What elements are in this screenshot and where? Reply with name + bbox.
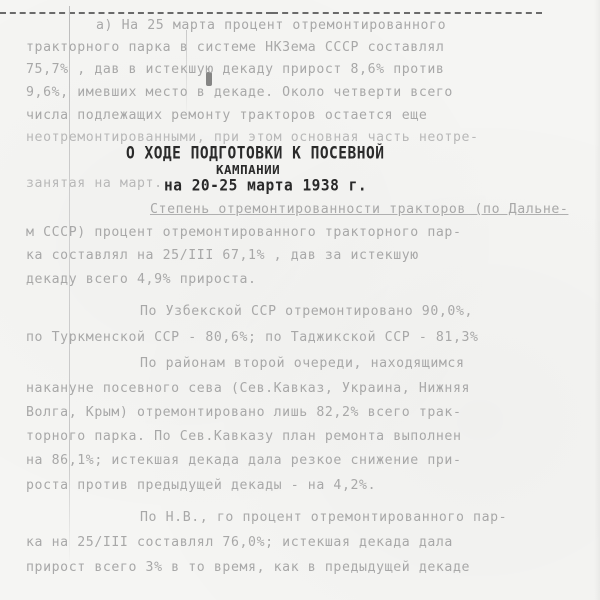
page-edge-shadow	[594, 0, 600, 600]
body-line: тракторного парка в системе НКЗема СССР …	[26, 40, 444, 55]
body-line: на 86,1%; истекшая декада дала резкое сн…	[26, 453, 462, 468]
document-date: на 20-25 марта 1938 г.	[164, 177, 367, 195]
body-line: Волга, Крым) отремонтировано лишь 82,2% …	[26, 405, 462, 420]
body-line: м СССР) процент отремонтированного тракт…	[26, 225, 462, 240]
body-line: 75,7% , дав в истекшую декаду прирост 8,…	[26, 62, 444, 77]
body-line: По Узбекской ССР отремонтировано 90,0%,	[140, 304, 473, 319]
body-line: накануне посевного сева (Сев.Кавказ, Укр…	[26, 381, 470, 396]
body-line: Степень отремонтированности тракторов (п…	[150, 202, 568, 217]
body-line: По районам второй очереди, находящимся	[140, 356, 465, 371]
document-title: О ХОДЕ ПОДГОТОВКИ К ПОСЕВНОЙ	[126, 145, 384, 163]
body-line: занятая на март.	[26, 176, 163, 191]
dashed-rule-right	[272, 12, 542, 14]
document-title-continued: КАМПАНИИ	[216, 162, 280, 177]
body-line: по Туркменской ССР - 80,6%; по Таджикско…	[26, 330, 479, 345]
body-line: ка на 25/III составлял 76,0%; истекшая д…	[26, 535, 453, 550]
body-line: прирост всего 3% в то время, как в преды…	[26, 560, 470, 575]
body-line: а) На 25 марта процент отремонтированног…	[96, 18, 446, 33]
body-line: По Н.В., го процент отремонтированного п…	[140, 510, 507, 525]
body-line: ка составлял на 25/III 67,1% , дав за ис…	[26, 248, 419, 263]
body-line: неотремонтированными, при этом основная …	[26, 130, 479, 145]
body-line: 9,6%, имевших место в декаде. Около четв…	[26, 85, 453, 100]
body-line: торного парка. По Сев.Кавказу план ремон…	[26, 429, 462, 444]
document-page: а) На 25 марта процент отремонтированног…	[0, 0, 600, 600]
body-line: роста против предыдущей декады - на 4,2%…	[26, 478, 376, 493]
body-line: числа подлежащих ремонту тракторов остае…	[26, 108, 427, 123]
dashed-rule-left	[0, 12, 272, 14]
body-line: декаду всего 4,9% прироста.	[26, 272, 257, 287]
